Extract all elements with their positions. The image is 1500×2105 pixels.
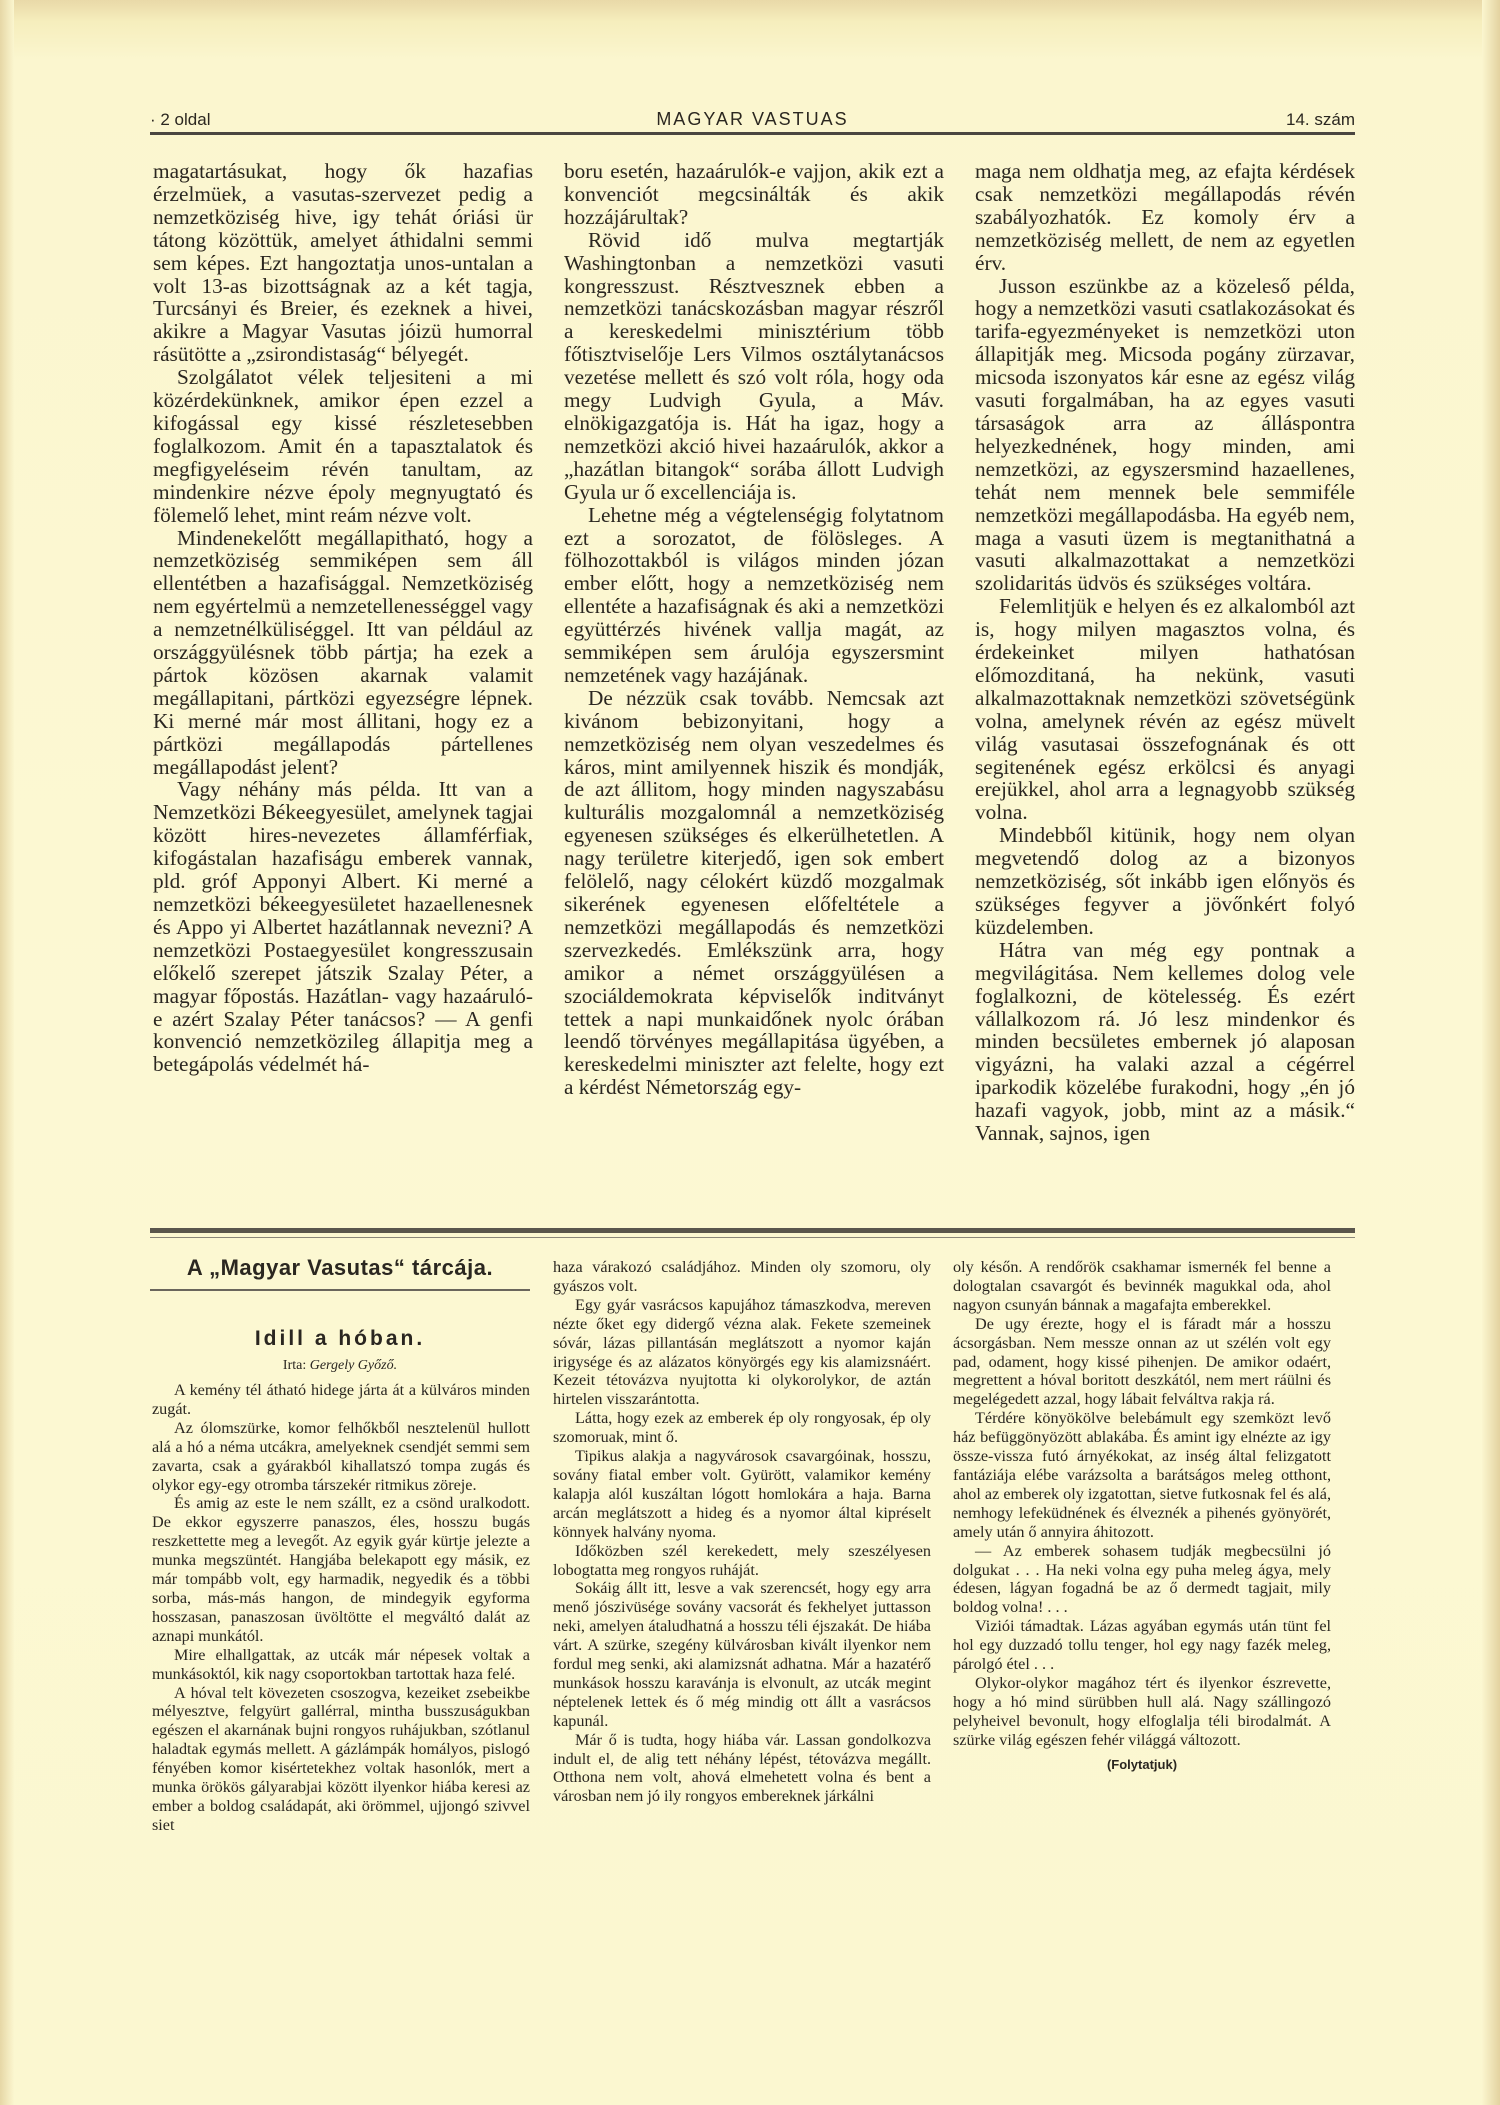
masthead-title: MAGYAR VASTUAS [150, 109, 1355, 130]
article-column-1: magatartásukat, hogy ők hazafias érzelmü… [153, 160, 533, 1200]
paragraph: Egy gyár vasrácsos kapujához támaszkodva… [553, 1296, 931, 1409]
paragraph: Mindebből kitünik, hogy nem olyan megvet… [975, 824, 1355, 939]
byline-author: Gergely Győző. [310, 1358, 397, 1373]
feuilleton-section-title: A „Magyar Vasutas“ tárcája. [150, 1255, 530, 1281]
paragraph: Rövid idő mulva megtartják Washingtonban… [564, 229, 944, 504]
story-title: Idill a hóban. [150, 1327, 530, 1351]
story-byline: Irta: Gergely Győző. [150, 1358, 530, 1374]
paragraph: Mire elhallgattak, az utcák már népesek … [152, 1646, 530, 1684]
paragraph: Vagy néhány más példa. Itt van a Nemzetk… [153, 778, 533, 1076]
paragraph: Szolgálatot vélek teljesiteni a mi közér… [153, 366, 533, 526]
page-header: · 2 oldal MAGYAR VASTUAS 14. szám [150, 104, 1355, 130]
article-column-2: boru esetén, hazaárulók-e vajjon, akik e… [564, 160, 944, 1200]
paragraph: Mindenekelőtt megállapitható, hogy a nem… [153, 527, 533, 779]
paragraph: És amig az este le nem szállt, ez a csön… [152, 1494, 530, 1645]
paragraph: — Az emberek sohasem tudják megbecsülni … [953, 1542, 1331, 1618]
section-divider [150, 1228, 1355, 1233]
paragraph: Hátra van még egy pontnak a megvilágitás… [975, 939, 1355, 1145]
paragraph: Már ő is tudta, hogy hiába vár. Lassan g… [553, 1731, 931, 1807]
paragraph: De nézzük csak tovább. Nemcsak azt kiván… [564, 687, 944, 1099]
feuilleton-column-1: A kemény tél átható hidege járta át a kü… [152, 1381, 530, 1835]
article-column-3: maga nem oldhatja meg, az efajta kérdése… [975, 160, 1355, 1200]
paragraph: Sokáig állt itt, lesve a vak szerencsét,… [553, 1579, 931, 1730]
paragraph: boru esetén, hazaárulók-e vajjon, akik e… [564, 160, 944, 229]
paragraph: magatartásukat, hogy ők hazafias érzelmü… [153, 160, 533, 366]
paragraph: Jusson eszünkbe az a közeleső példa, hog… [975, 275, 1355, 596]
continued-note: (Folytatjuk) [953, 1756, 1331, 1775]
paragraph: Olykor-olykor magához tért és ilyenkor é… [953, 1674, 1331, 1750]
paragraph: Az ólomszürke, komor felhőkből nesztelen… [152, 1419, 530, 1495]
paragraph: Látta, hogy ezek az emberek ép oly rongy… [553, 1409, 931, 1447]
feuilleton-title-rule [150, 1289, 530, 1291]
article-body: magatartásukat, hogy ők hazafias érzelmü… [153, 160, 1355, 1200]
paragraph: Felemlitjük e helyen és ez alkalomból az… [975, 595, 1355, 824]
paragraph: oly későn. A rendőrök csakhamar ismernék… [953, 1258, 1331, 1315]
paragraph: Térdére könyökölve belebámult egy szemkö… [953, 1409, 1331, 1541]
paragraph: haza várakozó családjához. Minden oly sz… [553, 1258, 931, 1296]
paragraph: Viziói támadtak. Lázas agyában egymás ut… [953, 1617, 1331, 1674]
byline-prefix: Irta: [283, 1358, 310, 1373]
paragraph: A hóval telt kövezeten csoszogva, kezeik… [152, 1684, 530, 1835]
paragraph: Lehetne még a végtelenségig folytatnom e… [564, 504, 944, 687]
paragraph: A kemény tél átható hidege járta át a kü… [152, 1381, 530, 1419]
paragraph: Időközben szél kerekedett, mely szeszély… [553, 1542, 931, 1580]
header-rule [150, 132, 1355, 135]
paper-edge-left [0, 0, 14, 2105]
paragraph: Tipikus alakja a nagyvárosok csavargóina… [553, 1447, 931, 1542]
feuilleton-column-3: oly későn. A rendőrök csakhamar ismernék… [953, 1258, 1331, 1774]
feuilleton-column-2: haza várakozó családjához. Minden oly sz… [553, 1258, 931, 1806]
paragraph: De ugy érezte, hogy el is fáradt már a h… [953, 1315, 1331, 1410]
paragraph: maga nem oldhatja meg, az efajta kérdése… [975, 160, 1355, 275]
section-divider-thin [150, 1237, 1355, 1238]
paper-edge-right [1482, 0, 1500, 2105]
